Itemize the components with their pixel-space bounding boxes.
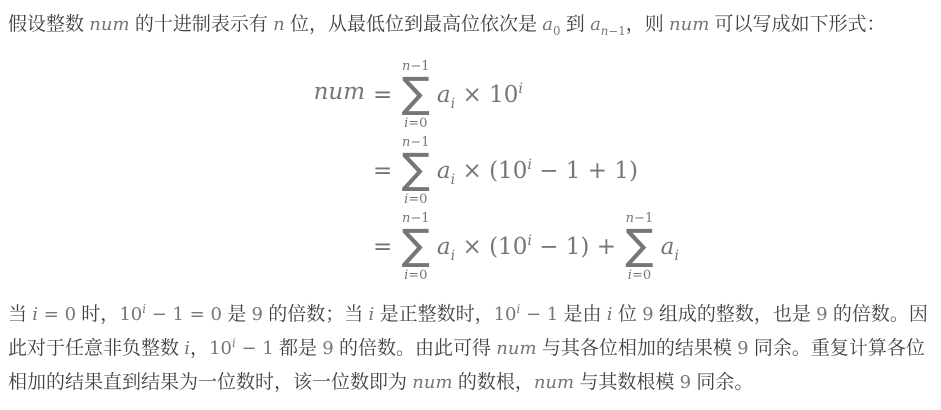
math-variable: a — [437, 158, 451, 184]
math-variable: a — [590, 14, 601, 35]
math-roman: 9 — [642, 304, 653, 325]
math-roman: × (10 — [455, 158, 527, 184]
math-variable: i — [518, 81, 523, 97]
sum-lower-limit: i=0 — [404, 188, 427, 207]
math-roman: 10 — [209, 338, 232, 359]
equation-row-2: = n−1∑i=0ai × (10i − 1 + 1) — [313, 134, 933, 210]
text-run: 都是 — [274, 338, 323, 359]
equation-lhs: num — [313, 58, 373, 134]
text-run: 当 — [8, 304, 32, 325]
text-run: 的数根， — [453, 372, 534, 393]
sigma-glyph: ∑ — [402, 226, 430, 264]
text-run: 的倍数；当 — [263, 304, 369, 325]
math-variable: num — [669, 14, 709, 35]
subscript: i — [674, 239, 679, 265]
text-run: 到 — [561, 14, 591, 35]
math-roman: 9 — [252, 304, 263, 325]
math-roman: × 10 — [455, 82, 518, 108]
math-roman: 0 — [553, 24, 561, 38]
math-roman: =0 — [408, 116, 427, 131]
equation-lhs — [313, 134, 373, 210]
equation-row-3: = n−1∑i=0ai × (10i − 1) + n−1∑i=0ai — [313, 210, 933, 286]
math-roman: =0 — [408, 268, 427, 283]
text-run: 同余。 — [691, 372, 753, 393]
paragraph-intro: 假设整数 num 的十进制表示有 n 位，从最低位到最高位依次是 a0 到 an… — [8, 8, 933, 42]
solution-article: 假设整数 num 的十进制表示有 n 位，从最低位到最高位依次是 a0 到 an… — [0, 0, 941, 410]
text-run: 位，从最低位到最高位依次是 — [285, 14, 543, 35]
math-roman: − 1 + 1) — [532, 158, 638, 184]
math-roman: =0 — [632, 268, 651, 283]
math-variable: a — [542, 14, 553, 35]
sum-lower-limit: i=0 — [404, 112, 427, 131]
equation-row-1: num= n−1∑i=0ai × 10i — [313, 58, 933, 134]
summation-symbol: n−1∑i=0 — [402, 55, 430, 131]
text-run: 是 — [222, 304, 252, 325]
math-variable: i — [674, 248, 679, 264]
math-variable: a — [437, 82, 451, 108]
paragraph-proof: 当 i = 0 时，10i − 1 = 0 是 9 的倍数；当 i 是正整数时，… — [8, 298, 933, 400]
math-variable: num — [314, 79, 365, 105]
math-roman: =0 — [408, 192, 427, 207]
math-roman: × (10 — [455, 234, 527, 260]
text-run: 的倍数。由此可得 — [334, 338, 497, 359]
equation-rhs: = n−1∑i=0ai × (10i − 1 + 1) — [373, 134, 638, 210]
summation-symbol: n−1∑i=0 — [402, 207, 430, 283]
sum-lower-limit: i=0 — [628, 264, 651, 283]
equation-rhs: = n−1∑i=0ai × 10i — [373, 58, 523, 134]
math-variable: n — [273, 14, 285, 35]
text-run: 假设整数 — [8, 14, 89, 35]
math-roman: 9 — [816, 304, 827, 325]
text-run: 可以写成如下形式： — [709, 14, 885, 35]
text-run: 的十进制表示有 — [130, 14, 274, 35]
text-run: 时， — [76, 304, 119, 325]
subscript: n−1 — [601, 19, 626, 40]
math-roman: 9 — [680, 372, 691, 393]
sigma-glyph: ∑ — [402, 150, 430, 188]
math-roman: − 1 = 0 — [146, 304, 222, 325]
math-roman: = 0 — [38, 304, 76, 325]
text-run: 是正整数时， — [374, 304, 493, 325]
math-roman: = — [373, 82, 400, 108]
subscript: 0 — [553, 19, 561, 40]
math-roman: 9 — [737, 338, 748, 359]
text-run: 组成的整数，也是 — [654, 304, 817, 325]
sigma-glyph: ∑ — [402, 74, 430, 112]
equation-lhs — [313, 210, 373, 286]
sum-lower-limit: i=0 — [404, 264, 427, 283]
text-run: 与其各位相加的结果模 — [537, 338, 738, 359]
text-run: ，则 — [626, 14, 669, 35]
math-roman: = — [373, 158, 400, 184]
math-variable: a — [661, 234, 675, 260]
equation-block: num= n−1∑i=0ai × 10i= n−1∑i=0ai × (10i −… — [313, 58, 933, 286]
summation-symbol: n−1∑i=0 — [402, 131, 430, 207]
math-variable: num — [496, 338, 536, 359]
text-run: 位 — [613, 304, 643, 325]
math-variable: a — [437, 234, 451, 260]
summation-symbol: n−1∑i=0 — [625, 207, 653, 283]
sigma-glyph: ∑ — [625, 226, 653, 264]
math-roman: − 1 — [520, 304, 558, 325]
math-roman: −1 — [608, 24, 625, 38]
math-variable: num — [412, 372, 452, 393]
text-run: 与其数根模 — [574, 372, 680, 393]
equation-rhs: = n−1∑i=0ai × (10i − 1) + n−1∑i=0ai — [373, 210, 679, 286]
math-roman: 9 — [322, 338, 333, 359]
math-roman: = — [373, 234, 400, 260]
math-variable: num — [534, 372, 574, 393]
superscript: i — [518, 72, 523, 98]
text-run: ， — [190, 338, 209, 359]
math-roman: 10 — [494, 304, 517, 325]
math-roman: − 1) + — [532, 234, 623, 260]
text-run: 是由 — [558, 304, 607, 325]
math-roman: 10 — [119, 304, 142, 325]
math-roman: − 1 — [236, 338, 274, 359]
math-variable: num — [89, 14, 129, 35]
